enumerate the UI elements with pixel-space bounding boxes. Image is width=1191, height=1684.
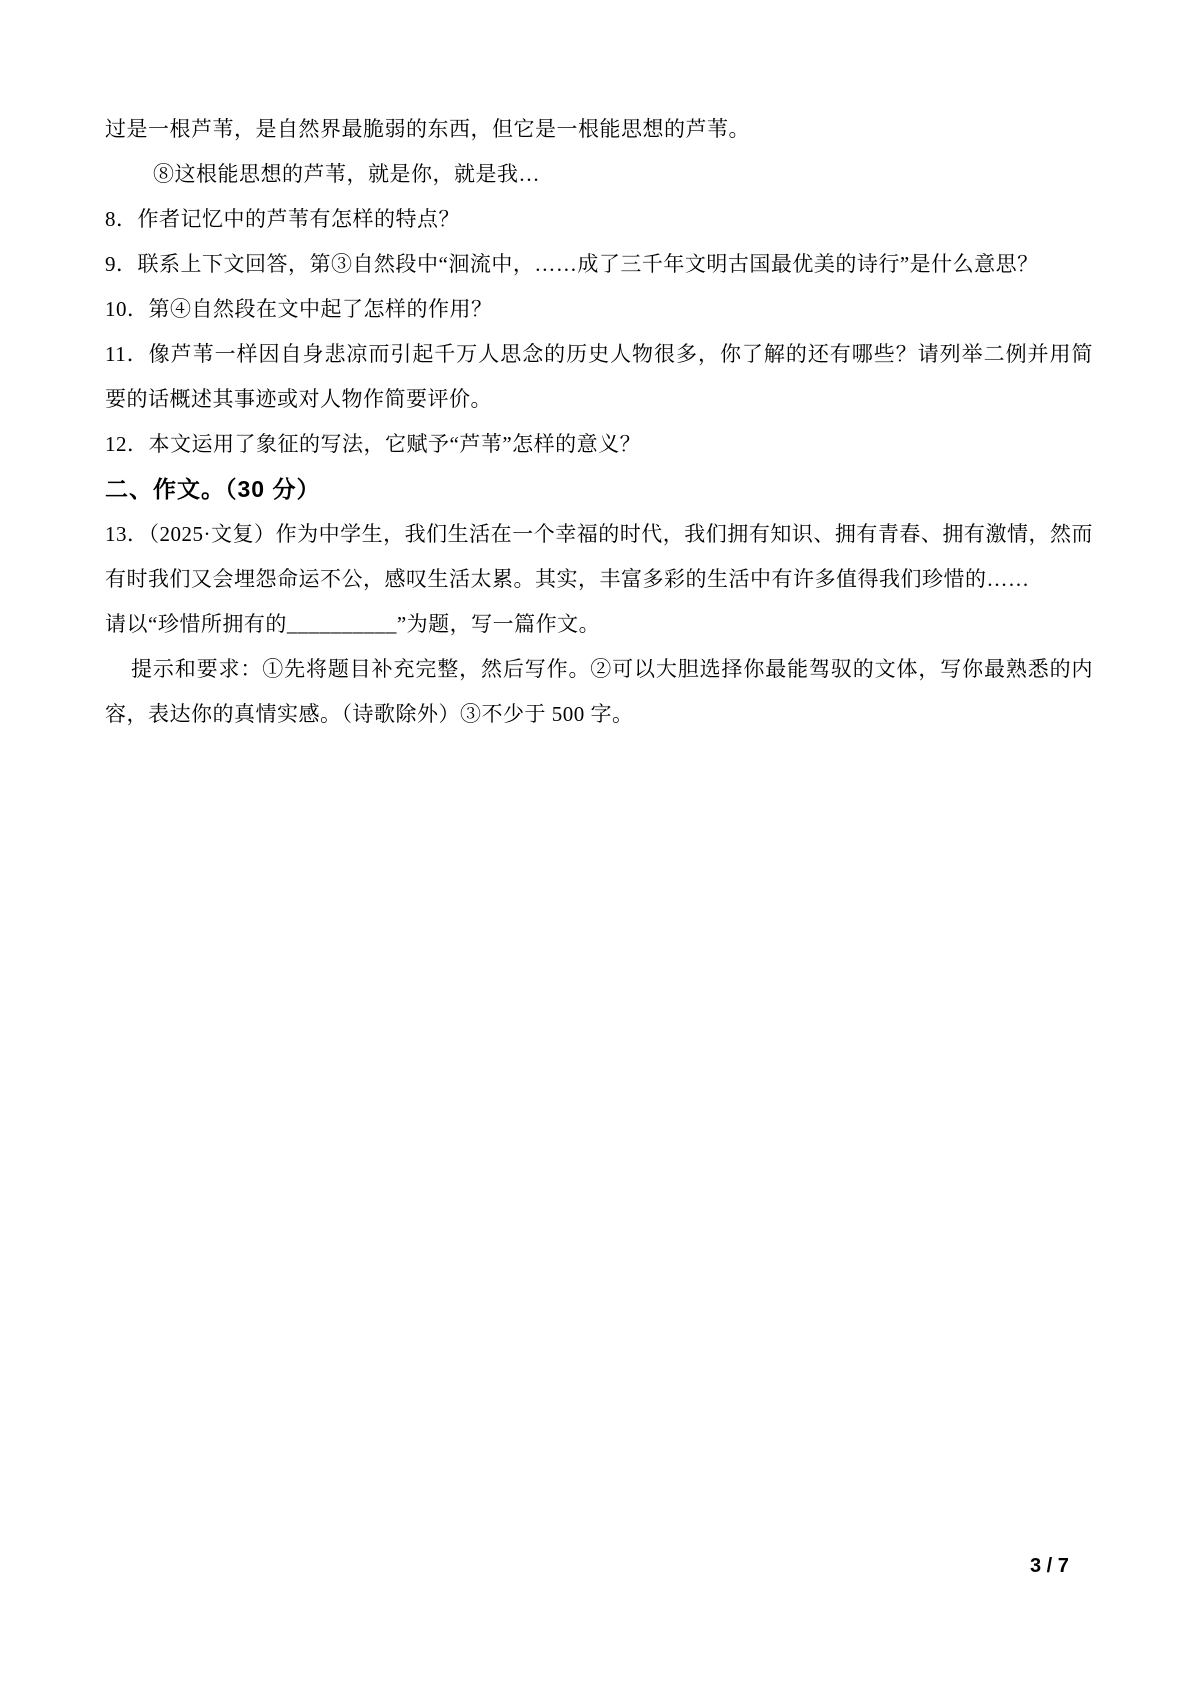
passage-continuation-text: 过是一根芦苇，是自然界最脆弱的东西，但它是一根能思想的芦苇。 [105, 107, 1093, 152]
page-number: 3 / 7 [1030, 1553, 1069, 1579]
question-8: 8．作者记忆中的芦苇有怎样的特点？ [105, 197, 1093, 242]
exam-content: 过是一根芦苇，是自然界最脆弱的东西，但它是一根能思想的芦苇。 ⑧这根能思想的芦苇… [105, 107, 1093, 737]
section-heading-composition: 二、作文。（30 分） [105, 467, 1093, 512]
question-13-requirements: 提示和要求：①先将题目补充完整，然后写作。②可以大胆选择你最能驾驭的文体，写你最… [105, 647, 1093, 737]
question-11: 11．像芦苇一样因自身悲凉而引起千万人思念的历史人物很多，你了解的还有哪些？请列… [105, 332, 1093, 422]
exam-page: 过是一根芦苇，是自然界最脆弱的东西，但它是一根能思想的芦苇。 ⑧这根能思想的芦苇… [0, 0, 1191, 1684]
passage-paragraph-8: ⑧这根能思想的芦苇，就是你，就是我… [105, 152, 1093, 197]
question-13-intro: 13．（2025·文复）作为中学生，我们生活在一个幸福的时代，我们拥有知识、拥有… [105, 512, 1093, 602]
question-12: 12．本文运用了象征的写法，它赋予“芦苇”怎样的意义？ [105, 422, 1093, 467]
question-13-title-line: 请以“珍惜所拥有的__________”为题，写一篇作文。 [105, 602, 1093, 647]
question-10: 10．第④自然段在文中起了怎样的作用？ [105, 287, 1093, 332]
question-9: 9．联系上下文回答，第③自然段中“洄流中，……成了三千年文明古国最优美的诗行”是… [105, 242, 1093, 287]
